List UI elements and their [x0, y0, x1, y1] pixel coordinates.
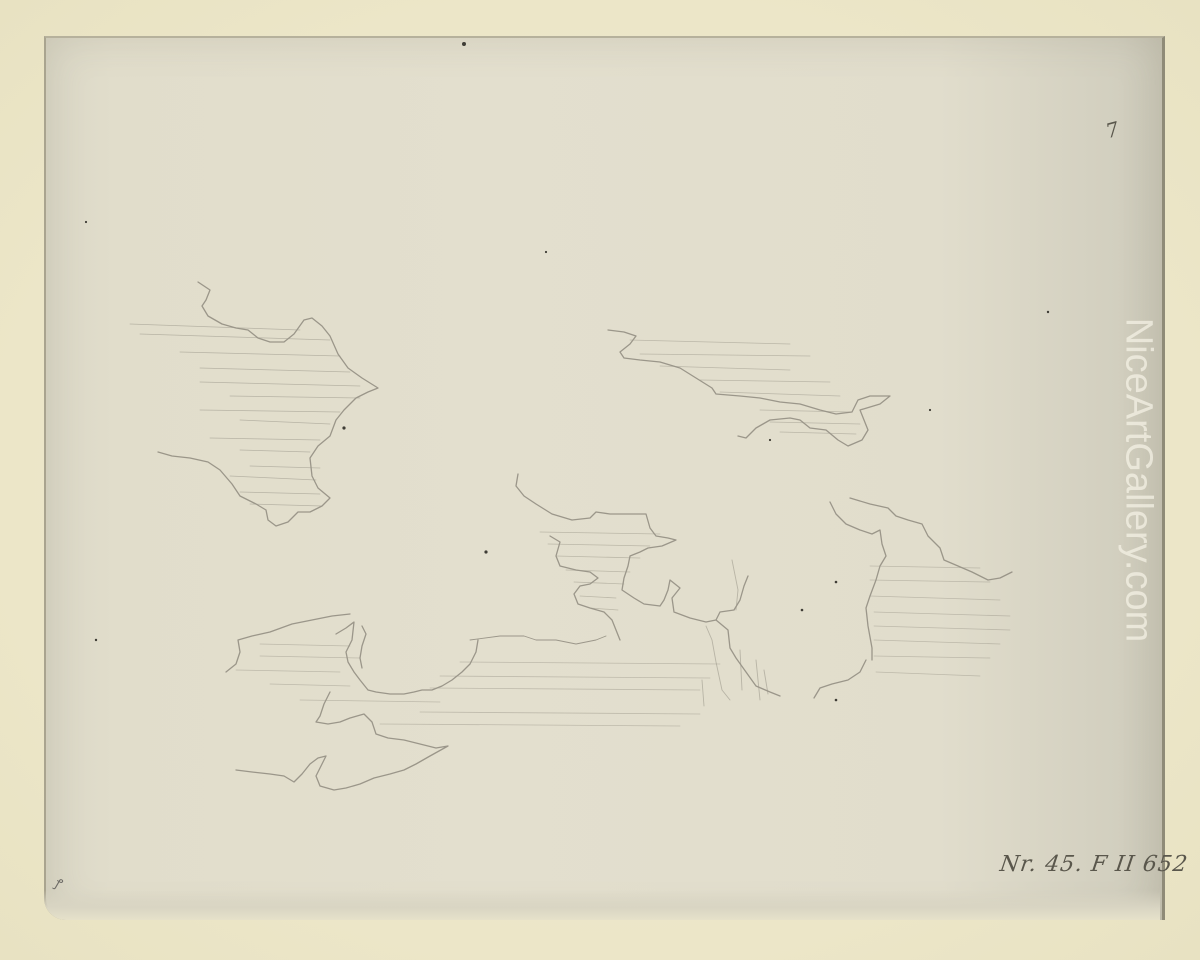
cloud-4-outline [830, 502, 886, 660]
cloud-1-outline [158, 282, 378, 526]
cloud-2-outline [608, 330, 890, 446]
cloud-sketch [0, 0, 1200, 960]
watermark-text: NiceArtGallery.com [1117, 318, 1160, 642]
cloud-3-outline [516, 474, 748, 622]
cloud-3-left-edge [550, 536, 620, 640]
cloud-5-outline [226, 614, 350, 672]
inventory-inscription: Nr. 45. F II 652 [998, 852, 1189, 877]
